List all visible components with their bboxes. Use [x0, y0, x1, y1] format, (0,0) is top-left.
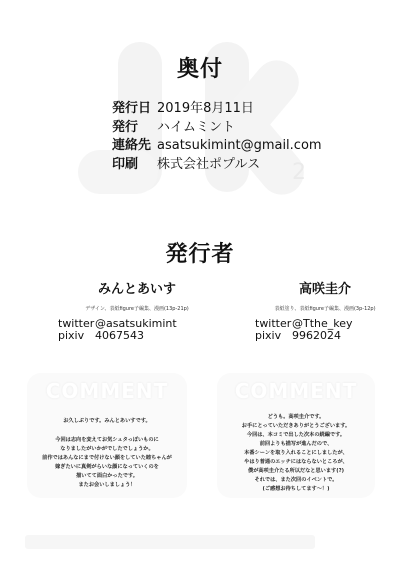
footer-watermark-band [25, 535, 315, 549]
comment-gap [27, 426, 187, 436]
pixiv-id: 4067543 [95, 330, 144, 342]
colophon-label: 発行日 [112, 100, 157, 119]
comment-line: 今回は、本コミで出した次本の続編です。 [217, 431, 375, 440]
printer-name: 株式会社ポプルス [157, 156, 260, 175]
author-links: twitter @Tthe_key pixiv 9962024 [255, 318, 353, 342]
comment-header: COMMENT [217, 379, 375, 403]
comment-line: 僕が高咲圭介たる所以だなと思います(?) [217, 467, 375, 476]
contact-email: asatsukimint@gmail.com [157, 137, 322, 156]
colophon-label: 印刷 [112, 156, 157, 175]
comment-line: お手にとっていただきありがとうございます。 [217, 422, 375, 431]
pixiv-id: 9962024 [292, 330, 341, 342]
colophon-label: 連絡先 [112, 137, 157, 156]
comment-header: COMMENT [27, 379, 187, 403]
author-card: みんとあいす デザイン、表紙figure子編集、漫画(13p-21p) [52, 278, 222, 312]
comment-line: 前回よりも描写が進んだので、 [217, 440, 375, 449]
comment-box: COMMENT どうも。高咲圭介です。 お手にとっていただきありがとうございます… [217, 373, 375, 498]
comment-line: 本番シーンを取り入れることにしましたが、 [217, 449, 375, 458]
colophon-title: 奥付 [0, 52, 400, 83]
author-links: twitter @asatsukimint pixiv 4067543 [58, 318, 177, 342]
comment-line: またお会いしましょう！ [27, 481, 187, 490]
comment-line: どうも。高咲圭介です。 [217, 413, 375, 422]
colophon-label: 発行 [112, 119, 157, 138]
author-role: デザイン、表紙figure子編集、漫画(13p-21p) [52, 305, 222, 312]
publishers-title: 発行者 [0, 237, 400, 268]
comment-line: なりましたがいかがでしたでしょうか。 [27, 445, 187, 454]
colophon-row-printer: 印刷 株式会社ポプルス [112, 156, 322, 175]
colophon-row-publisher: 発行 ハイムミント [112, 119, 322, 138]
author-role: 表紙塗り、表紙figure子編集、漫画(3p-12p) [240, 305, 400, 312]
comment-line: やはり普通のエッチにはならないところが、 [217, 458, 375, 467]
author-name: みんとあいす [52, 278, 222, 297]
pixiv-row: pixiv 4067543 [58, 330, 177, 342]
comment-line: お久しぶりです。みんとあいすです。 [27, 417, 187, 426]
publish-date: 2019年8月11日 [157, 100, 254, 119]
comment-box: COMMENT お久しぶりです。みんとあいすです。 今回は志向を変えてお気シュタ… [27, 373, 187, 498]
comment-line: 前作ではあんなにまで付けない顔をしていた睦ちゃんが [27, 454, 187, 463]
colophon-row-contact: 連絡先 asatsukimint@gmail.com [112, 137, 322, 156]
comment-line: (ご感想お待ちしてます〜！) [217, 485, 375, 494]
comment-line: 描いてて面白かったです。 [27, 472, 187, 481]
pixiv-label: pixiv [58, 330, 95, 342]
colophon-row-date: 発行日 2019年8月11日 [112, 100, 322, 119]
publisher-name: ハイムミント [157, 119, 235, 138]
author-name: 高咲圭介 [240, 278, 400, 297]
comment-text: どうも。高咲圭介です。 お手にとっていただきありがとうございます。 今回は、本コ… [217, 413, 375, 494]
colophon-table: 発行日 2019年8月11日 発行 ハイムミント 連絡先 asatsukimin… [112, 100, 322, 174]
comment-line: それでは、また次回のイベントで。 [217, 476, 375, 485]
author-card: 高咲圭介 表紙塗り、表紙figure子編集、漫画(3p-12p) [240, 278, 400, 312]
comment-line: 嫁ぎたいに真剣がらいな顔になっていくのを [27, 463, 187, 472]
comment-text: お久しぶりです。みんとあいすです。 今回は志向を変えてお気シュタっぽいものに な… [27, 417, 187, 490]
pixiv-row: pixiv 9962024 [255, 330, 353, 342]
pixiv-label: pixiv [255, 330, 292, 342]
comment-line: 今回は志向を変えてお気シュタっぽいものに [27, 436, 187, 445]
